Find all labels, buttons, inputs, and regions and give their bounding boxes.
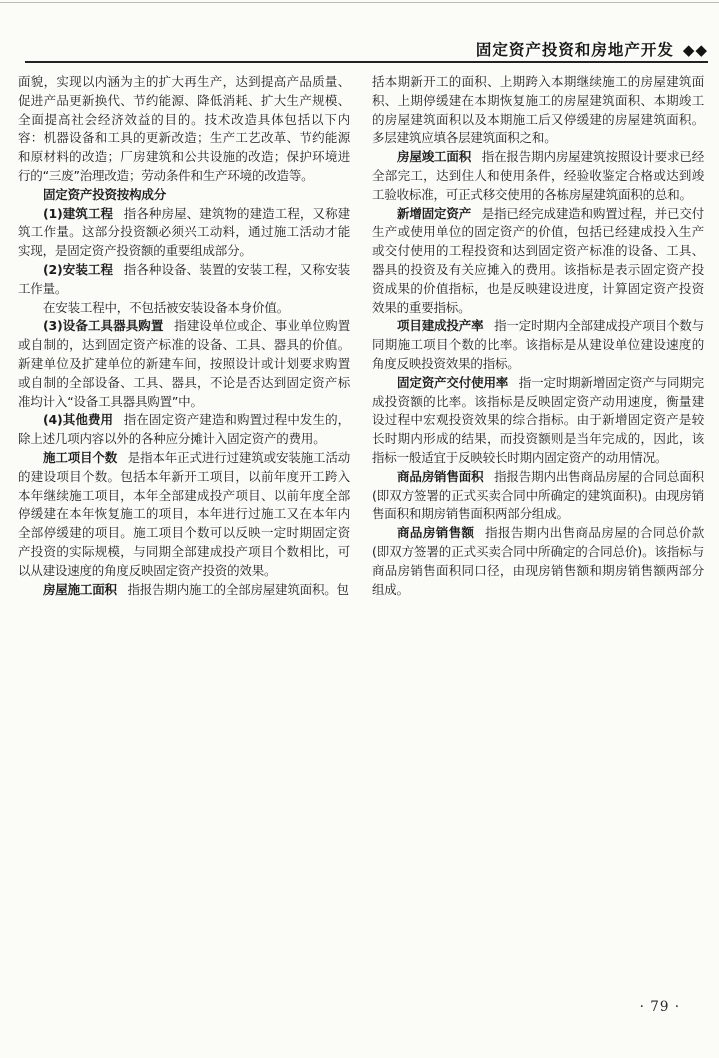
paragraph: 房屋竣工面积指在报告期内房屋建筑按照设计要求已经全部完工，达到住人和使用条件，经… bbox=[372, 148, 704, 204]
header-title: 固定资产投资和房地产开发 bbox=[476, 41, 674, 59]
term-definition: 括本期新开工的面积、上期跨入本期继续施工的房屋建筑面积、上期停缓建在本期恢复施工… bbox=[372, 74, 704, 145]
paragraph: 新增固定资产是指已经完成建造和购置过程，并已交付生产或使用单位的固定资产的价值，… bbox=[372, 205, 704, 318]
paragraph: (4)其他费用指在固定资产建造和购置过程中发生的，除上述几项内容以外的各种应分摊… bbox=[18, 411, 350, 449]
running-header: 固定资产投资和房地产开发◆◆ bbox=[0, 38, 708, 60]
term-label: 商品房销售额 bbox=[397, 525, 474, 540]
paragraph: 面貌，实现以内涵为主的扩大再生产，达到提高产品质量、促进产品更新换代、节约能源、… bbox=[18, 73, 350, 186]
left-column: 面貌，实现以内涵为主的扩大再生产，达到提高产品质量、促进产品更新换代、节约能源、… bbox=[18, 73, 350, 599]
term-label: (2)安装工程 bbox=[43, 262, 113, 277]
term-label: 商品房销售面积 bbox=[397, 469, 483, 484]
term-label: 项目建成投产率 bbox=[397, 318, 483, 333]
term-definition: 是指已经完成建造和购置过程，并已交付生产或使用单位的固定资产的价值，包括已经建成… bbox=[372, 206, 704, 315]
paragraph: 项目建成投产率指一定时期内全部建成投产项目个数与同期施工项目个数的比率。该指标是… bbox=[372, 317, 704, 373]
term-label: 新增固定资产 bbox=[397, 206, 471, 221]
term-label: 房屋竣工面积 bbox=[397, 149, 471, 164]
right-column: 括本期新开工的面积、上期跨入本期继续施工的房屋建筑面积、上期停缓建在本期恢复施工… bbox=[372, 73, 704, 599]
paragraph: 固定资产交付使用率指一定时期新增固定资产与同期完成投资额的比率。该指标是反映固定… bbox=[372, 374, 704, 468]
diamonds-icon: ◆◆ bbox=[683, 41, 708, 59]
paragraph: 施工项目个数是指本年正式进行过建筑或安装施工活动的建设项目个数。包括本年新开工项… bbox=[18, 449, 350, 581]
term-definition: 指报告期内施工的全部房屋建筑面积。包 bbox=[127, 582, 348, 597]
term-definition: 是指本年正式进行过建筑或安装施工活动的建设项目个数。包括本年新开工项目，以前年度… bbox=[18, 450, 350, 578]
paragraph: (1)建筑工程指各种房屋、建筑物的建造工程，又称建筑工作量。这部分投资额必须兴工… bbox=[18, 205, 350, 261]
term-definition: 面貌，实现以内涵为主的扩大再生产，达到提高产品质量、促进产品更新换代、节约能源、… bbox=[18, 74, 350, 183]
term-label: 施工项目个数 bbox=[43, 450, 117, 465]
term-label: 固定资产投资按构成分 bbox=[43, 187, 166, 202]
paragraph: (3)设备工具器具购置指建设单位或企、事业单位购置或自制的，达到固定资产标准的设… bbox=[18, 317, 350, 411]
term-definition: 在安装工程中，不包括被安装设备本身价值。 bbox=[43, 300, 289, 315]
term-label: 固定资产交付使用率 bbox=[397, 375, 508, 390]
page-number: · 79 · bbox=[640, 999, 680, 1015]
header-rule bbox=[25, 61, 708, 63]
paragraph: 商品房销售面积指报告期内出售商品房屋的合同总面积(即双方签署的正式买卖合同中所确… bbox=[372, 468, 704, 524]
term-label: 房屋施工面积 bbox=[43, 582, 117, 597]
term-label: (1)建筑工程 bbox=[43, 206, 113, 221]
term-label: (3)设备工具器具购置 bbox=[43, 318, 163, 333]
term-label: (4)其他费用 bbox=[43, 412, 113, 427]
content-columns: 面貌，实现以内涵为主的扩大再生产，达到提高产品质量、促进产品更新换代、节约能源、… bbox=[18, 73, 704, 599]
section-heading: 固定资产投资按构成分 bbox=[18, 186, 350, 205]
paragraph: 房屋施工面积指报告期内施工的全部房屋建筑面积。包 bbox=[18, 581, 350, 600]
paragraph: 括本期新开工的面积、上期跨入本期继续施工的房屋建筑面积、上期停缓建在本期恢复施工… bbox=[372, 73, 704, 148]
paragraph: (2)安装工程指各种设备、装置的安装工程，又称安装工作量。 bbox=[18, 261, 350, 299]
page-top-edge-line bbox=[0, 2, 719, 3]
paragraph: 在安装工程中，不包括被安装设备本身价值。 bbox=[18, 299, 350, 318]
paragraph: 商品房销售额指报告期内出售商品房屋的合同总价款(即双方签署的正式买卖合同中所确定… bbox=[372, 524, 704, 599]
